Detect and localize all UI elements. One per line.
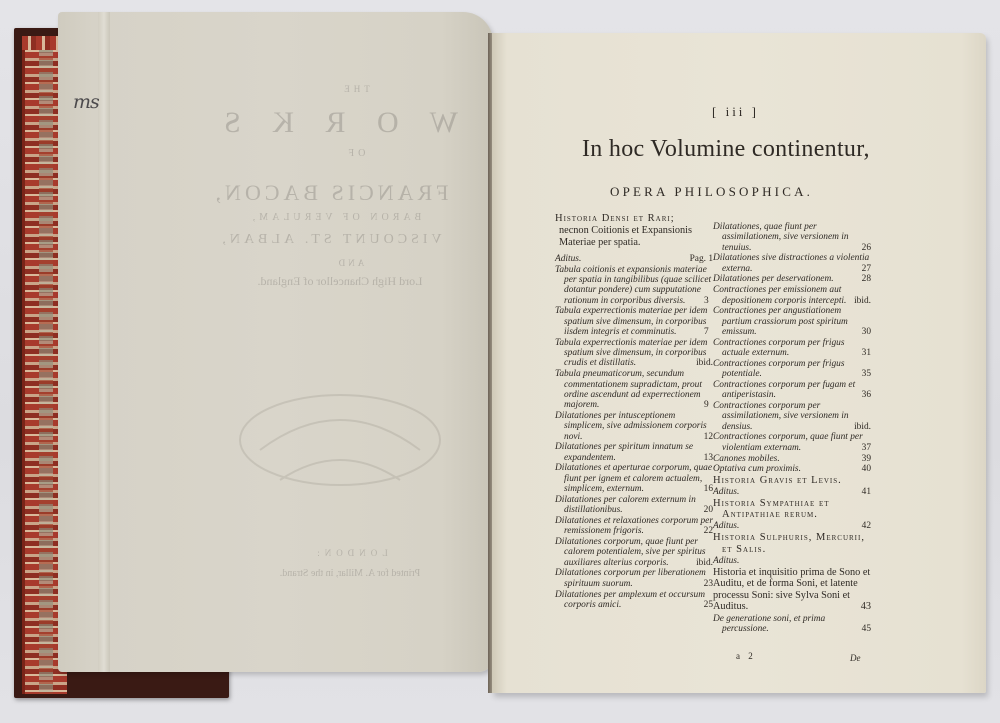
show-through-line: Printed for A. Millar, in the Strand.: [230, 568, 470, 579]
contents-entry: Dilatationes corporum per liberationem s…: [555, 568, 713, 589]
contents-entry: Dilatationes, quae fiunt per assimilatio…: [713, 222, 871, 253]
contents-entry: Aditus.: [713, 556, 871, 566]
catchword: De: [850, 653, 861, 663]
show-through-line: BARON OF VERULAM,: [210, 212, 460, 223]
show-through-line: OF: [250, 148, 460, 159]
contents-entry: Contractiones per angustiationem partium…: [713, 306, 871, 337]
page-subtitle: OPERA PHILOSOPHICA.: [610, 184, 813, 200]
show-through-line: FRANCIS BACON,: [190, 180, 470, 206]
show-through-line: Lord High Chancellor of England.: [220, 274, 460, 289]
contents-entry: De generatione soni, et prima percussion…: [713, 614, 871, 635]
contents-heading-body: necnon Coitionis et Expansionis Materiae…: [555, 225, 713, 248]
contents-entry: Canones mobiles.39: [713, 454, 871, 464]
contents-entry: Contractiones corporum per frigus potent…: [713, 359, 871, 380]
contents-heading: Historia Gravis et Levis.: [713, 475, 871, 487]
contents-entry: Dilatationes per spiritum innatum se exp…: [555, 442, 713, 463]
contents-heading: Historia Densi et Rari;: [555, 213, 713, 225]
show-through-line: W O R K S: [200, 106, 470, 140]
contents-heading: Historia Sympathiae et Antipathiae rerum…: [713, 498, 871, 521]
contents-entry: Contractiones corporum per fugam et anti…: [713, 380, 871, 401]
show-through-line: LONDON:: [250, 548, 450, 558]
contents-entry: Optativa cum proximis.40: [713, 464, 871, 474]
contents-entry: Tabula experrectionis materiae per idem …: [555, 338, 713, 369]
show-through-line: AND: [250, 258, 450, 268]
contents-entry: Dilatationes et aperturae corporum, quae…: [555, 463, 713, 494]
contents-entry: Tabula experrectionis materiae per idem …: [555, 306, 713, 337]
contents-entry: Aditus.Pag. 1: [555, 254, 713, 264]
contents-entry: Contractiones corporum per assimilatione…: [713, 401, 871, 432]
handwritten-annotation: ms: [73, 91, 99, 113]
contents-heading-body: Historia et inquisitio prima de Sono et …: [713, 567, 871, 613]
contents-entry: Tabula coitionis et expansionis materiae…: [555, 265, 713, 306]
page-title: In hoc Volumine continentur,: [582, 136, 870, 163]
contents-column-right: Dilatationes, quae fiunt per assimilatio…: [713, 222, 871, 635]
contents-entry: Dilatationes per calorem externum in dis…: [555, 495, 713, 516]
contents-entry: Contractiones corporum per frigus actual…: [713, 338, 871, 359]
contents-entry: Dilatationes et relaxationes corporum pe…: [555, 516, 713, 537]
contents-entry: Dilatationes per amplexum et occursum co…: [555, 590, 713, 611]
contents-column-left: Historia Densi et Rari; necnon Coitionis…: [555, 213, 713, 611]
left-page-fold: [98, 12, 110, 672]
signature-mark: a 2: [736, 651, 756, 661]
contents-entry: Dilatationes per deservationem.28: [713, 274, 871, 284]
show-through-vignette: [220, 380, 460, 510]
contents-heading: Historia Sulphuris, Mercurii, et Salis.: [713, 532, 871, 555]
contents-entry: Tabula pneumaticorum, secundum commentat…: [555, 369, 713, 410]
contents-entry: Contractiones corporum, quae fiunt per v…: [713, 432, 871, 453]
contents-entry: Aditus.42: [713, 521, 871, 531]
contents-entry: Dilatationes per intusceptionem simplice…: [555, 411, 713, 442]
show-through-line: VISCOUNT ST. ALBAN,: [200, 232, 460, 248]
contents-entry: Dilatationes corporum, quae fiunt per ca…: [555, 537, 713, 568]
contents-entry: Dilatationes sive distractiones a violen…: [713, 253, 871, 274]
show-through-line: THE: [250, 84, 460, 94]
contents-entry: Contractiones per emissionem aut deposit…: [713, 285, 871, 306]
folio-number: [ iii ]: [712, 104, 759, 120]
contents-entry: Aditus.41: [713, 487, 871, 497]
